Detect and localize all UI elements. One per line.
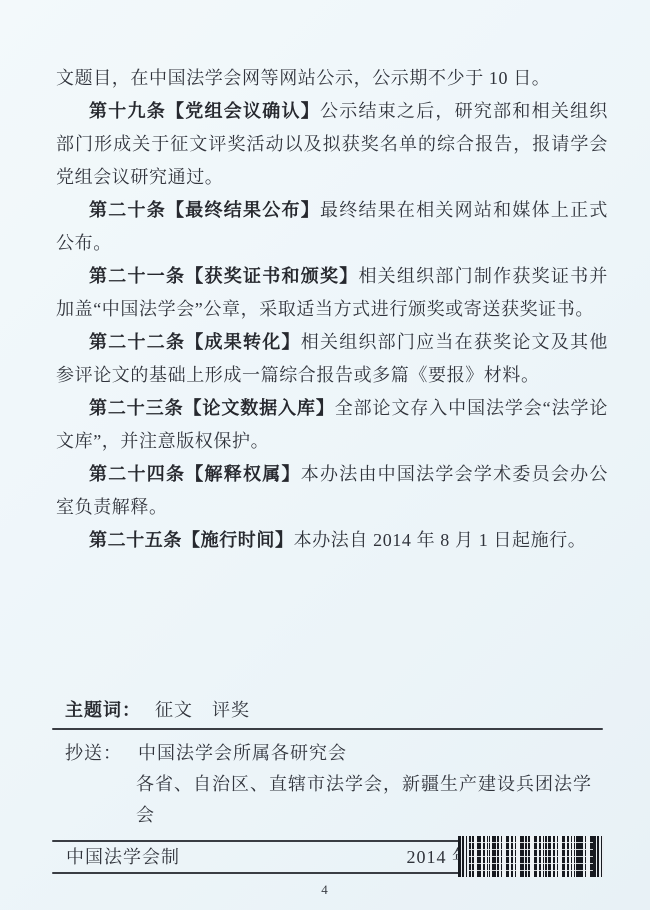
- cc-label: 抄送：: [65, 738, 122, 769]
- page-number: 4: [0, 882, 650, 898]
- barcode-start-pattern: [458, 836, 469, 877]
- subject-words-value: 征文 评奖: [155, 700, 250, 720]
- intro-paragraph: 文题目，在中国法学会网等网站公示，公示期不少于 10 日。: [56, 62, 608, 95]
- article-paragraph-19: 第十九条【党组会议确认】公示结束之后，研究部和相关组织部门形成关于征文评奖活动以…: [56, 95, 608, 194]
- cc-recipients-line2: 各省、自治区、直辖市法学会，新疆生产建设兵团法学会: [65, 769, 603, 831]
- article-text: 本办法自 2014 年 8 月 1 日起施行。: [294, 530, 587, 550]
- article-number-title: 第二十三条【论文数据入库】: [89, 398, 335, 418]
- issuer-name: 中国法学会制: [66, 846, 180, 868]
- article-paragraph-20: 第二十条【最终结果公布】最终结果在相关网站和媒体上正式公布。: [56, 194, 608, 260]
- article-paragraph-24: 第二十四条【解释权属】本办法由中国法学会学术委员会办公室负责解释。: [56, 458, 608, 524]
- article-number-title: 第十九条【党组会议确认】: [89, 101, 320, 121]
- article-number-title: 第二十一条【获奖证书和颁奖】: [89, 266, 358, 286]
- article-paragraph-22: 第二十二条【成果转化】相关组织部门应当在获奖论文及其他参评论文的基础上形成一篇综…: [56, 326, 608, 392]
- subject-words-row: 主题词：征文 评奖: [52, 693, 603, 728]
- pdf417-barcode-icon: [458, 836, 604, 877]
- document-body: 文题目，在中国法学会网等网站公示，公示期不少于 10 日。 第十九条【党组会议确…: [56, 62, 608, 557]
- article-paragraph-25: 第二十五条【施行时间】本办法自 2014 年 8 月 1 日起施行。: [56, 524, 608, 557]
- document-page: 文题目，在中国法学会网等网站公示，公示期不少于 10 日。 第十九条【党组会议确…: [0, 0, 650, 910]
- barcode-stop-pattern: [593, 836, 604, 877]
- article-number-title: 第二十条【最终结果公布】: [89, 200, 320, 220]
- barcode-data-region: [469, 836, 593, 877]
- cc-row: 抄送： 中国法学会所属各研究会 各省、自治区、直辖市法学会，新疆生产建设兵团法学…: [52, 730, 603, 840]
- article-number-title: 第二十四条【解释权属】: [89, 464, 301, 484]
- article-paragraph-23: 第二十三条【论文数据入库】全部论文存入中国法学会“法学论文库”，并注意版权保护。: [56, 392, 608, 458]
- article-paragraph-21: 第二十一条【获奖证书和颁奖】相关组织部门制作获奖证书并加盖“中国法学会”公章，采…: [56, 260, 608, 326]
- article-number-title: 第二十五条【施行时间】: [89, 530, 294, 550]
- article-number-title: 第二十二条【成果转化】: [89, 332, 301, 352]
- subject-words-label: 主题词：: [65, 700, 141, 720]
- cc-recipients-line1: 中国法学会所属各研究会: [138, 738, 347, 769]
